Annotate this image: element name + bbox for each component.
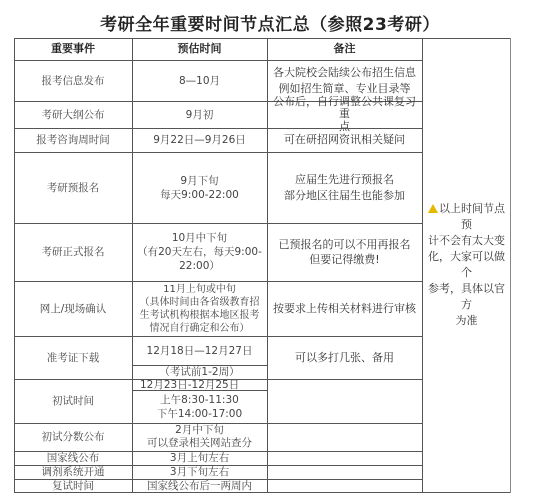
time-cell: 12月23日-12月25日 [132,379,267,390]
page-title: 考研全年重要时间节点汇总（参照23考研） [0,10,540,35]
time-line: （有20天左右，每天9:00- [137,245,262,259]
time-cell: 9月下旬 每天9:00-22:00 [132,152,267,223]
time-cell: 3月下旬左右 [132,465,267,479]
note-cell: 应届生先进行预报名 部分地区往届生也能参加 [267,152,422,223]
time-line: 22:00） [179,259,220,273]
time-cell: 8—10月 [132,60,267,101]
time-line: 生考试机构根据本地区报考 [140,309,260,322]
note-cell: 按要求上传相关材料进行审核 [267,281,422,336]
event-cell: 准考证下载 [14,336,132,379]
event-cell: 国家线公布 [14,451,132,465]
time-line: 10月中下旬 [172,231,227,245]
event-cell: 考研预报名 [14,152,132,223]
header-event: 重要事件 [14,38,132,60]
header-note: 备注 [267,38,422,60]
time-cell: 国家线公布后一两周内 [132,479,267,492]
event-cell: 报考咨询周时间 [14,128,132,152]
time-line: 2月中下旬 [175,424,224,437]
time-cell: 11月上旬或中旬 （具体时间由各省级教育招 生考试机构根据本地区报考 情况自行确… [132,281,267,336]
event-cell: 初试时间 [14,379,132,423]
time-cell: 上午8:30-11:30 下午14:00-17:00 [132,390,267,423]
note-cell: 可以多打几张、备用 [267,336,422,379]
side-note-line: 为准 [456,313,478,329]
time-line: 11月上旬或中旬 [163,283,236,296]
note-line: 例如招生简章、专业目录等 [279,81,411,97]
time-line: （具体时间由各省级教育招 [140,296,260,309]
time-line: 上午8:30-11:30 [160,393,239,407]
note-cell: 公布后，自行调整公共课复习重 点 [267,101,422,128]
side-note-text: 以上时间节点预 [439,202,505,231]
side-note-line: 参考，具体以官方 [426,281,507,313]
note-line: 已预报名的可以不用再报名 [279,237,411,253]
table-border [510,38,511,493]
event-cell: 初试分数公布 [14,423,132,451]
time-line: 下午14:00-17:00 [157,407,242,421]
side-note-line: 计不会有太大变 [428,233,505,249]
note-line: 各大院校会陆续公布招生信息 [273,65,416,81]
note-line: 应届生先进行预报名 [295,172,394,188]
side-note: 以上时间节点预 计不会有太大变 化，大家可以做个 参考，具体以官方 为准 [423,38,510,492]
header-time: 预估时间 [132,38,267,60]
time-cell: 2月中下旬 可以登录相关网站查分 [132,423,267,451]
note-line: 部分地区往届生也能参加 [284,188,405,204]
time-cell: 10月中下旬 （有20天左右，每天9:00- 22:00） [132,223,267,281]
note-cell: 已预报名的可以不用再报名 但要记得缴费! [267,223,422,281]
side-note-line: 化，大家可以做个 [426,249,507,281]
event-cell: 考研正式报名 [14,223,132,281]
time-cell: 9月初 [132,101,267,128]
time-cell: 12月18日—12月27日 [132,336,267,365]
event-cell: 调剂系统开通 [14,465,132,479]
time-cell: 9月22日—9月26日 [132,128,267,152]
timeline-table: 重要事件 预估时间 备注 报考信息发布 8—10月 各大院校会陆续公布招生信息 … [14,38,511,493]
warning-icon [428,204,438,213]
time-line: 情况自行确定和公布） [150,322,250,335]
event-cell: 复试时间 [14,479,132,492]
note-line: 但要记得缴费! [309,252,379,268]
event-cell: 考研大纲公布 [14,101,132,128]
time-line: 可以登录相关网站查分 [147,437,252,450]
side-note-line: 以上时间节点预 [426,201,507,233]
event-cell: 报考信息发布 [14,60,132,101]
note-line: 公布后，自行调整公共课复习重 [270,96,419,121]
time-line: 每天9:00-22:00 [160,188,239,202]
event-cell: 网上/现场确认 [14,281,132,336]
time-cell: 3月上旬左右 [132,451,267,465]
time-line: 9月下旬 [180,174,218,188]
note-cell: 可在研招网资讯相关疑问 [267,128,422,152]
